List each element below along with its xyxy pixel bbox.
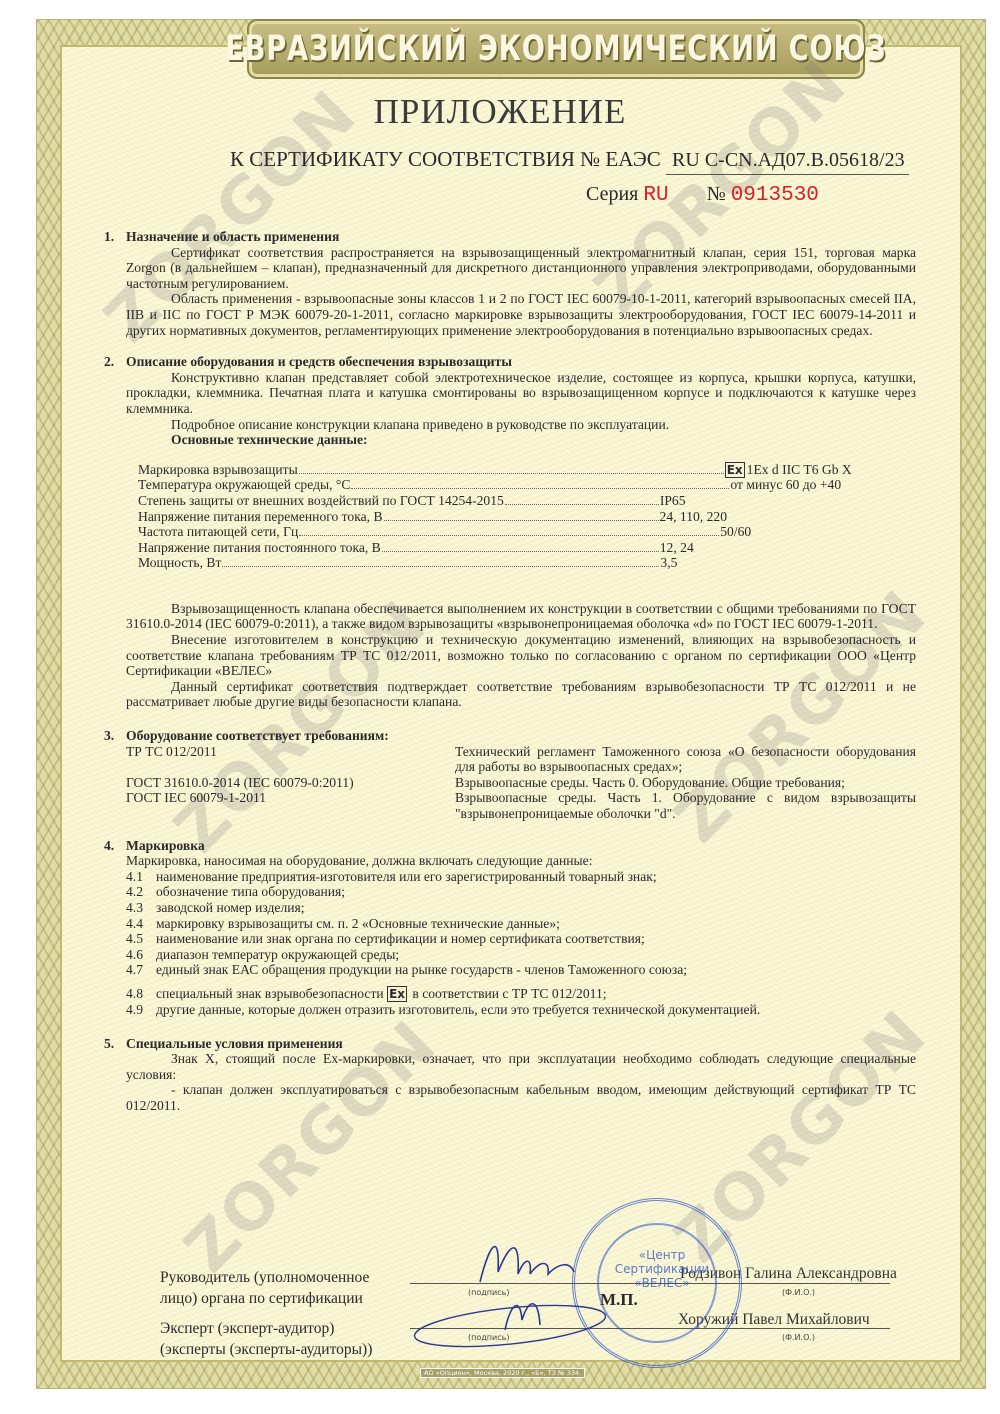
expert-signature — [410, 1290, 630, 1350]
ex-sign-icon: Ex — [387, 986, 407, 1002]
leader-dots — [222, 556, 659, 567]
paragraph: Область применения - взрывоопасные зоны … — [126, 291, 916, 338]
tech-label: Маркировка взрывозащиты — [138, 462, 298, 478]
standard-description: Взрывоопасные среды. Часть 1. Оборудован… — [455, 790, 916, 821]
paragraph: - клапан должен эксплуатироваться с взры… — [126, 1082, 916, 1113]
marking-intro: Маркировка, наносимая на оборудование, д… — [104, 853, 916, 869]
leader-dots — [384, 510, 659, 521]
list-item: 4.1наименование предприятия-изготовителя… — [104, 869, 916, 885]
head-signature — [470, 1232, 580, 1292]
series-line: Серия RU № 0913530 — [586, 183, 819, 207]
standard-id: ГОСТ 31610.0-2014 (IEC 60079-0:2011) — [126, 775, 451, 791]
section-3-heading: 3.Оборудование соответствует требованиям… — [104, 728, 916, 744]
leader-dots — [351, 478, 729, 489]
leader-dots — [299, 525, 719, 536]
certificate-number: RU C-CN.АД07.В.05618/23 — [666, 149, 909, 175]
document-body: 1.Назначение и область применения Сертиф… — [104, 229, 916, 1114]
paragraph: Сертификат соответствия распространяется… — [126, 245, 916, 292]
tech-data-row: Маркировка взрывозащитыEx1Ex d IIC T6 Gb… — [138, 462, 868, 478]
series-label: Серия — [586, 183, 638, 205]
list-item: 4.6диапазон температур окружающей среды; — [104, 947, 916, 963]
list-item: 4.9 другие данные, которые должен отрази… — [104, 1002, 916, 1018]
paragraph: Данный сертификат соответствия подтвержд… — [126, 679, 916, 710]
tech-label: Температура окружающей среды, °С — [138, 477, 350, 493]
document-title: ПРИЛОЖЕНИЕ — [0, 92, 1000, 132]
tech-value: IP65 — [660, 493, 686, 509]
tech-data-table: Маркировка взрывозащитыEx1Ex d IIC T6 Gb… — [138, 462, 868, 571]
tech-value: Ex1Ex d IIC T6 Gb X — [725, 462, 852, 478]
list-item: 4.8 специальный знак взрывобезопасности … — [104, 986, 916, 1002]
head-of-body-label: Руководитель (уполномоченное лицо) орган… — [160, 1267, 369, 1309]
banner-text: ЕВРАЗИЙСКИЙ ЭКОНОМИЧЕСКИЙ СОЮЗ — [225, 29, 886, 69]
marking-list: 4.1наименование предприятия-изготовителя… — [104, 869, 916, 978]
tech-label: Частота питающей сети, Гц — [138, 524, 298, 540]
standard-description: Взрывоопасные среды. Часть 0. Оборудован… — [455, 775, 916, 791]
requirements-table: ТР ТС 012/2011Технический регламент Тамо… — [104, 744, 916, 822]
tech-data-row: Напряжение питания переменного тока, В24… — [138, 509, 868, 525]
tech-data-row: Температура окружающей среды, °Сот минус… — [138, 477, 868, 493]
list-item: 4.5наименование или знак органа по серти… — [104, 931, 916, 947]
blank-number: 0913530 — [731, 184, 819, 207]
paragraph: Внесение изготовителем в конструкцию и т… — [126, 632, 916, 679]
section-5-heading: 5.Специальные условия применения — [104, 1036, 916, 1052]
leader-dots — [382, 541, 659, 552]
series-value: RU — [643, 184, 668, 207]
certificate-reference: К СЕРТИФИКАТУ СООТВЕТСТВИЯ № ЕАЭС RU C-C… — [230, 147, 909, 175]
tech-label: Напряжение питания переменного тока, В — [138, 509, 383, 525]
tech-data-row: Мощность, Вт3,5 — [138, 555, 868, 571]
standard-id: ГОСТ IEC 60079-1-2011 — [126, 790, 451, 821]
tech-value: 12, 24 — [660, 540, 694, 556]
tech-label: Напряжение питания постоянного тока, В — [138, 540, 381, 556]
union-banner: ЕВРАЗИЙСКИЙ ЭКОНОМИЧЕСКИЙ СОЮЗ — [247, 19, 865, 79]
paragraph: Подробное описание конструкции клапана п… — [126, 417, 916, 433]
paragraph: Знак X, стоящий после Ex-маркировки, озн… — [126, 1051, 916, 1082]
list-item: 4.7единый знак ЕАС обращения продукции н… — [104, 962, 916, 978]
tech-label: Мощность, Вт — [138, 555, 221, 571]
tech-label: Степень защиты от внешних воздействий по… — [138, 493, 504, 509]
tech-value: от минус 60 до +40 — [730, 477, 841, 493]
tech-value: 3,5 — [660, 555, 677, 571]
tech-data-heading: Основные технические данные: — [126, 432, 916, 448]
ex-sign-icon: Ex — [725, 462, 745, 478]
tech-data-row: Напряжение питания постоянного тока, В12… — [138, 540, 868, 556]
paragraph: Конструктивно клапан представляет собой … — [126, 370, 916, 417]
number-label: № — [707, 183, 726, 205]
section-2-heading: 2.Описание оборудования и средств обеспе… — [104, 354, 916, 370]
tech-value: 50/60 — [720, 524, 751, 540]
certificate-prefix: К СЕРТИФИКАТУ СООТВЕТСТВИЯ № ЕАЭС — [230, 147, 661, 171]
leader-dots — [299, 463, 724, 474]
expert-label: Эксперт (эксперт-аудитор) (эксперты (экс… — [160, 1318, 372, 1360]
section-1-heading: 1.Назначение и область применения — [104, 229, 916, 245]
printer-imprint: АО «Опцион», Москва, 2020 г., «Б», ТЗ № … — [420, 1368, 585, 1378]
fio-caption: (Ф.И.О.) — [782, 1288, 815, 1297]
list-item: 4.3заводской номер изделия; — [104, 900, 916, 916]
tech-data-row: Степень защиты от внешних воздействий по… — [138, 493, 868, 509]
paragraph: Взрывозащищенность клапана обеспечиваетс… — [126, 601, 916, 632]
section-4-heading: 4.Маркировка — [104, 838, 916, 854]
list-item: 4.4маркировку взрывозащиты см. п. 2 «Осн… — [104, 916, 916, 932]
fio-caption: (Ф.И.О.) — [782, 1333, 815, 1342]
leader-dots — [505, 494, 659, 505]
list-item: 4.2обозначение типа оборудования; — [104, 884, 916, 900]
tech-data-row: Частота питающей сети, Гц50/60 — [138, 524, 868, 540]
standard-id: ТР ТС 012/2011 — [126, 744, 451, 775]
tech-value: 24, 110, 220 — [660, 509, 727, 525]
standard-description: Технический регламент Таможенного союза … — [455, 744, 916, 775]
stamp-text: «Центр Сертификации «ВЕЛЕС» — [612, 1248, 712, 1290]
